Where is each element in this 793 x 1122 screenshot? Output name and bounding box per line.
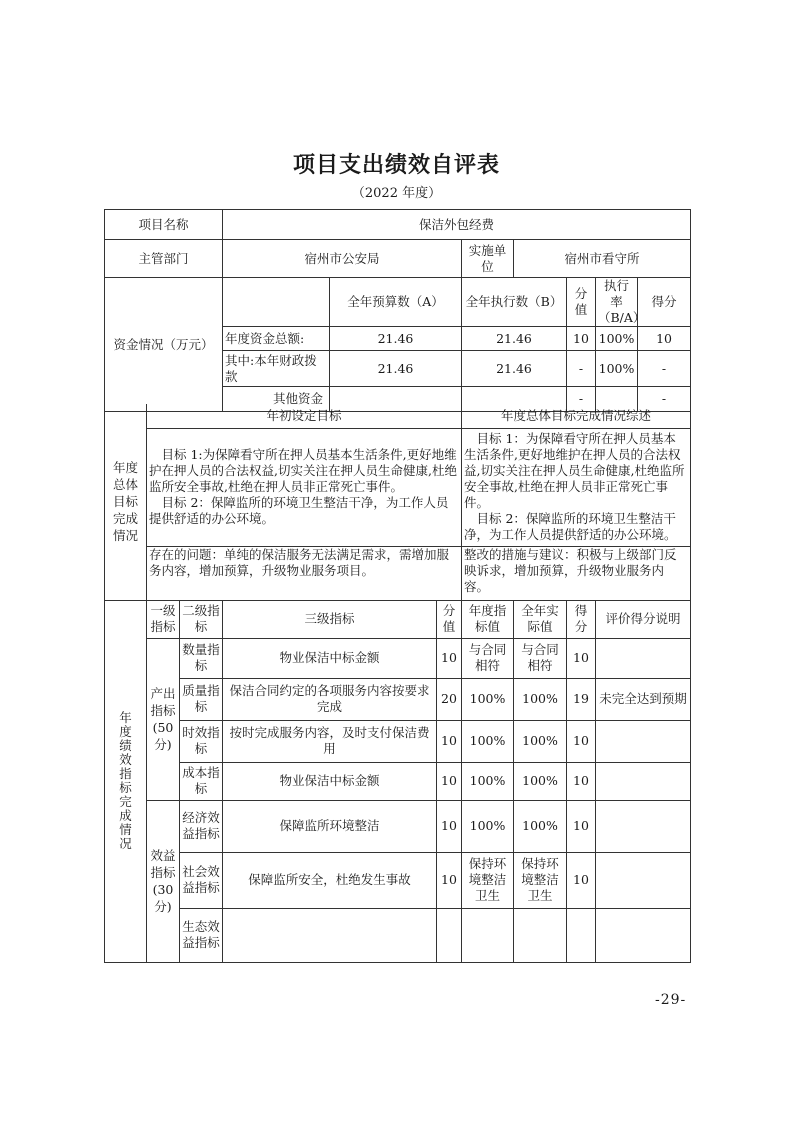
points-cell: 10 bbox=[437, 852, 462, 908]
ind-header: 全年实际值 bbox=[514, 600, 567, 638]
score-cell: 10 bbox=[567, 762, 596, 800]
funds-row-label: 其中:本年财政拨款 bbox=[223, 351, 330, 387]
project-name-label: 项目名称 bbox=[105, 210, 223, 240]
target-cell: 保持环境整洁卫生 bbox=[462, 852, 514, 908]
measures-cell: 整改的措施与建议：积极与上级部门反映诉求，增加预算，升级物业服务内容。 bbox=[462, 546, 691, 600]
level2-cell: 生态效益指标 bbox=[180, 908, 223, 962]
level2-cell: 社会效益指标 bbox=[180, 852, 223, 908]
page-number: -29- bbox=[655, 992, 686, 1008]
level2-cell: 经济效益指标 bbox=[180, 800, 223, 852]
level2-cell: 时效指标 bbox=[180, 720, 223, 762]
dept-label: 主管部门 bbox=[105, 240, 223, 278]
target-cell: 100% bbox=[462, 720, 514, 762]
summary-cell: 目标 1：为保障看守所在押人员基本生活条件,更好地维护在押人员的合法权益,切实关… bbox=[462, 428, 691, 546]
funds-exec: 21.46 bbox=[462, 351, 567, 387]
target-cell: 与合同相符 bbox=[462, 638, 514, 678]
points-cell: 10 bbox=[437, 638, 462, 678]
funds-budget: 21.46 bbox=[330, 327, 462, 351]
funds-exec: 21.46 bbox=[462, 327, 567, 351]
level3-cell: 物业保洁中标金额 bbox=[223, 762, 437, 800]
points-cell: 20 bbox=[437, 678, 462, 720]
page-title: 项目支出绩效自评表 bbox=[0, 148, 793, 179]
header-exec: 全年执行数（B） bbox=[462, 278, 567, 327]
funds-label: 资金情况（万元） bbox=[105, 278, 223, 412]
indicators-label: 年度绩效指标完成情况 bbox=[105, 600, 147, 962]
note-cell bbox=[596, 800, 691, 852]
score-cell: 10 bbox=[567, 800, 596, 852]
ind-header: 分值 bbox=[437, 600, 462, 638]
project-name-value: 保洁外包经费 bbox=[223, 210, 691, 240]
level2-cell: 质量指标 bbox=[180, 678, 223, 720]
note-cell bbox=[596, 720, 691, 762]
ind-header: 年度指标值 bbox=[462, 600, 514, 638]
level3-cell: 保障监所环境整洁 bbox=[223, 800, 437, 852]
ind-header: 评价得分说明 bbox=[596, 600, 691, 638]
level3-cell: 保洁合同约定的各项服务内容按要求完成 bbox=[223, 678, 437, 720]
level3-cell bbox=[223, 908, 437, 962]
funds-points: 10 bbox=[567, 327, 596, 351]
funds-row-label: 年度资金总额: bbox=[223, 327, 330, 351]
summary-goal-2: 目标 2：保障监所的环境卫生整洁干净，为工作人员提供舒适的办公环境。 bbox=[464, 511, 688, 543]
score-cell: 10 bbox=[567, 638, 596, 678]
summary-goal-1: 目标 1：为保障看守所在押人员基本生活条件,更好地维护在押人员的合法权益,切实关… bbox=[464, 431, 688, 511]
set-goal-2: 目标 2：保障监所的环境卫生整洁干净，为工作人员提供舒适的办公环境。 bbox=[149, 495, 459, 527]
goals-summary-header: 年度总体目标完成情况综述 bbox=[462, 404, 691, 428]
empty-cell bbox=[223, 278, 330, 327]
note-cell bbox=[596, 762, 691, 800]
level3-cell: 按时完成服务内容，及时支付保洁费用 bbox=[223, 720, 437, 762]
actual-cell: 与合同相符 bbox=[514, 638, 567, 678]
set-goal-1: 目标 1:为保障看守所在押人员基本生活条件,更好地维护在押人员的合法权益,切实关… bbox=[149, 447, 459, 495]
header-score: 得分 bbox=[638, 278, 691, 327]
funds-rate: 100% bbox=[596, 351, 638, 387]
goals-set-header: 年初设定目标 bbox=[147, 404, 462, 428]
actual-cell: 保持环境整洁卫生 bbox=[514, 852, 567, 908]
indicators-label-text: 年度绩效指标完成情况 bbox=[119, 710, 132, 851]
points-cell bbox=[437, 908, 462, 962]
target-cell bbox=[462, 908, 514, 962]
set-goals-cell: 目标 1:为保障看守所在押人员基本生活条件,更好地维护在押人员的合法权益,切实关… bbox=[147, 428, 462, 546]
ind-header: 二级指标 bbox=[180, 600, 223, 638]
level2-cell: 成本指标 bbox=[180, 762, 223, 800]
actual-cell: 100% bbox=[514, 800, 567, 852]
points-cell: 10 bbox=[437, 800, 462, 852]
impl-unit-label: 实施单位 bbox=[462, 240, 514, 278]
actual-cell: 100% bbox=[514, 678, 567, 720]
note-cell bbox=[596, 852, 691, 908]
funds-score: - bbox=[638, 351, 691, 387]
header-budget: 全年预算数（A） bbox=[330, 278, 462, 327]
impl-unit-value: 宿州市看守所 bbox=[514, 240, 691, 278]
score-cell: 10 bbox=[567, 852, 596, 908]
score-cell: 10 bbox=[567, 720, 596, 762]
note-cell bbox=[596, 638, 691, 678]
goals-table: 年度总体目标完成情况 年初设定目标 年度总体目标完成情况综述 目标 1:为保障看… bbox=[104, 404, 691, 601]
page-subtitle: （2022 年度） bbox=[0, 182, 793, 201]
header-rate: 执行率（B/A） bbox=[596, 278, 638, 327]
ind-header: 得分 bbox=[567, 600, 596, 638]
score-cell: 19 bbox=[567, 678, 596, 720]
note-cell: 未完全达到预期 bbox=[596, 678, 691, 720]
level3-cell: 保障监所安全，杜绝发生事故 bbox=[223, 852, 437, 908]
goals-label: 年度总体目标完成情况 bbox=[105, 404, 147, 600]
points-cell: 10 bbox=[437, 762, 462, 800]
problems-cell: 存在的问题：单纯的保洁服务无法满足需求，需增加服务内容，增加预算，升级物业服务项… bbox=[147, 546, 462, 600]
actual-cell: 100% bbox=[514, 720, 567, 762]
level1-benefit: 效益指标(30分) bbox=[147, 800, 180, 962]
dept-value: 宿州市公安局 bbox=[223, 240, 462, 278]
level1-output: 产出指标(50分) bbox=[147, 638, 180, 800]
ind-header: 一级指标 bbox=[147, 600, 180, 638]
level3-cell: 物业保洁中标金额 bbox=[223, 638, 437, 678]
target-cell: 100% bbox=[462, 800, 514, 852]
funds-score: 10 bbox=[638, 327, 691, 351]
indicators-table: 年度绩效指标完成情况 一级指标 二级指标 三级指标 分值 年度指标值 全年实际值… bbox=[104, 600, 691, 963]
funds-budget: 21.46 bbox=[330, 351, 462, 387]
actual-cell: 100% bbox=[514, 762, 567, 800]
target-cell: 100% bbox=[462, 762, 514, 800]
target-cell: 100% bbox=[462, 678, 514, 720]
note-cell bbox=[596, 908, 691, 962]
funds-rate: 100% bbox=[596, 327, 638, 351]
ind-header: 三级指标 bbox=[223, 600, 437, 638]
project-info-table: 项目名称 保洁外包经费 主管部门 宿州市公安局 实施单位 宿州市看守所 资金情况… bbox=[104, 209, 691, 412]
score-cell bbox=[567, 908, 596, 962]
header-points: 分值 bbox=[567, 278, 596, 327]
funds-points: - bbox=[567, 351, 596, 387]
actual-cell bbox=[514, 908, 567, 962]
level2-cell: 数量指标 bbox=[180, 638, 223, 678]
points-cell: 10 bbox=[437, 720, 462, 762]
